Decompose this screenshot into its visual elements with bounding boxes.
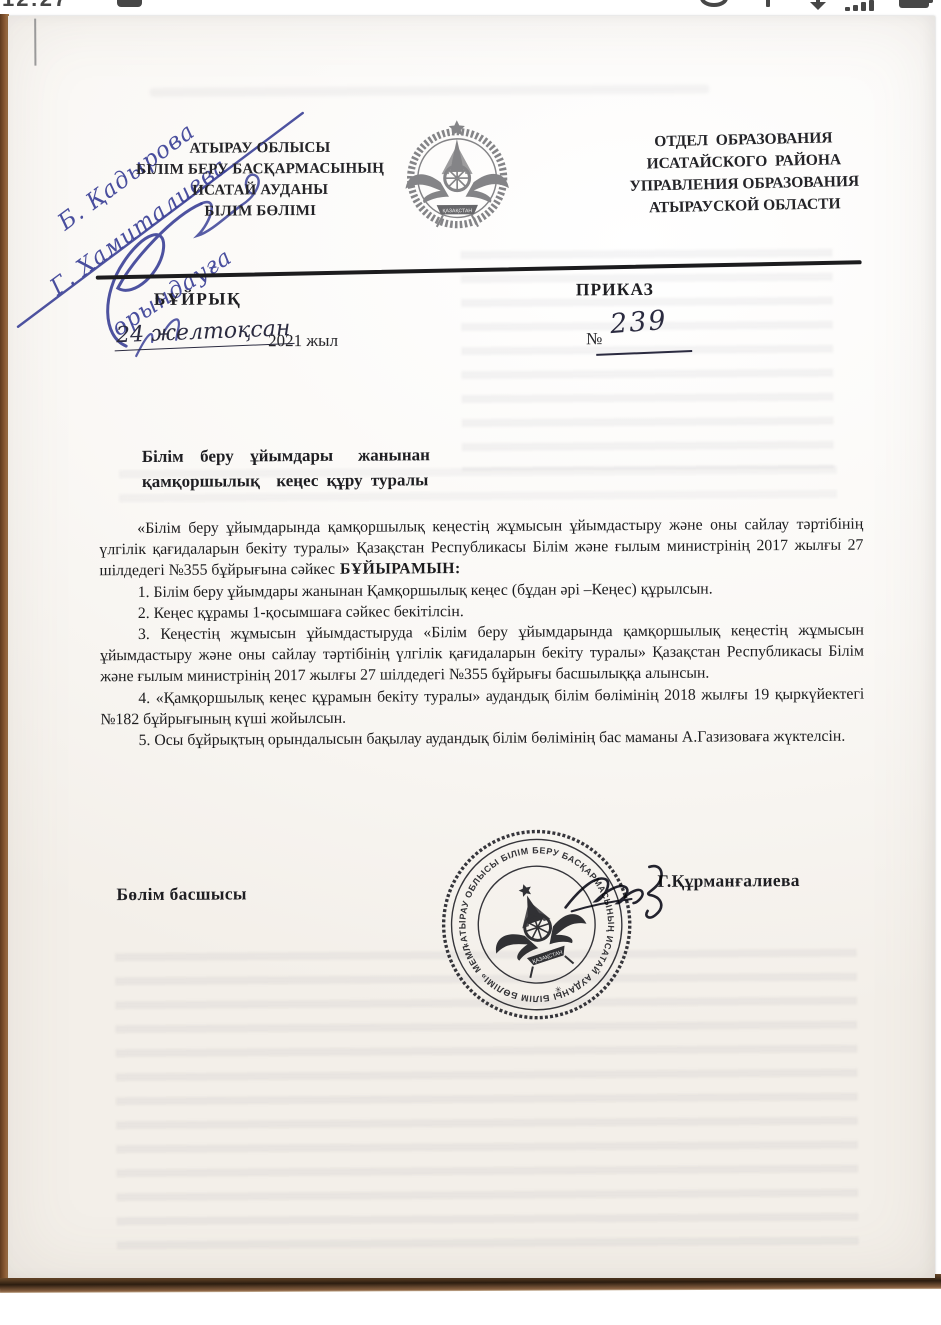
signer-position: Бөлім басшысы [116, 883, 246, 905]
document-body: «Білім беру ұйымдарында қамқоршылық кеңе… [99, 514, 864, 752]
tick-icon [766, 0, 770, 7]
screenshot-root: 12:27 Б. Қадырова Г. Хамиталиева орындау… [0, 0, 941, 1325]
letterhead-kk: АТЫРАУ ОБЛЫСЫ БІЛІМ БЕРУ БАСҚАРМАСЫНЫҢ И… [100, 137, 421, 223]
order-label-kk: БҰЙРЫҚ [154, 288, 242, 310]
body-item: 4. «Қамқоршылық кеңес құрамын бекіту тур… [100, 683, 864, 730]
order-date-year: 2021 жыл [268, 331, 338, 351]
body-resolve-word: БҰЙЫРАМЫН: [340, 560, 461, 578]
status-time: 12:27 [2, 0, 68, 11]
letterhead-kk-line: АТЫРАУ ОБЛЫСЫ [100, 137, 420, 160]
eye-icon [700, 0, 728, 7]
download-arrow-icon [810, 2, 826, 10]
letterhead-kk-line: БІЛІМ БӨЛІМІ [100, 200, 420, 223]
director-signature [561, 845, 692, 961]
body-item: 3. Кеңестің жұмысын ұйымдастыруда «Білім… [100, 620, 864, 688]
notification-icon [117, 0, 142, 7]
document-title-line: Білім беру ұйымдары жанынан [142, 442, 430, 469]
order-label-ru: ПРИКАЗ [576, 279, 654, 300]
order-number-handwritten: 239 [609, 305, 669, 340]
battery-icon [899, 0, 929, 8]
emblem-banner-text: ҚАЗАҚСТАН [442, 208, 472, 214]
order-number-sign: № [586, 329, 602, 349]
letterhead-kk-line: ИСАТАЙ АУДАНЫ [100, 179, 420, 202]
document-title-line: қамқоршылық кеңес құру туралы [142, 467, 430, 494]
paper: Б. Қадырова Г. Хамиталиева орындауға АТЫ… [8, 16, 935, 1278]
body-intro-text: «Білім беру ұйымдарында қамқоршылық кеңе… [99, 516, 863, 580]
letterhead-ru: ОТДЕЛ ОБРАЗОВАНИЯ ИСАТАЙСКОГО РАЙОНА УПР… [550, 125, 938, 221]
kazakhstan-emblem-icon: ҚАЗАҚСТАН [395, 114, 520, 239]
letterhead-kk-line: БІЛІМ БЕРУ БАСҚАРМАСЫНЫҢ [100, 158, 420, 181]
document-title: Білім беру ұйымдары жанынан қамқоршылық … [142, 442, 430, 494]
body-intro-paragraph: «Білім беру ұйымдарында қамқоршылық кеңе… [99, 514, 863, 582]
body-item: 5. Осы бұйрықтың орындалысын бақылау ауд… [101, 726, 865, 752]
signal-strength-icon [845, 0, 885, 11]
status-bar: 12:27 [0, 0, 941, 11]
